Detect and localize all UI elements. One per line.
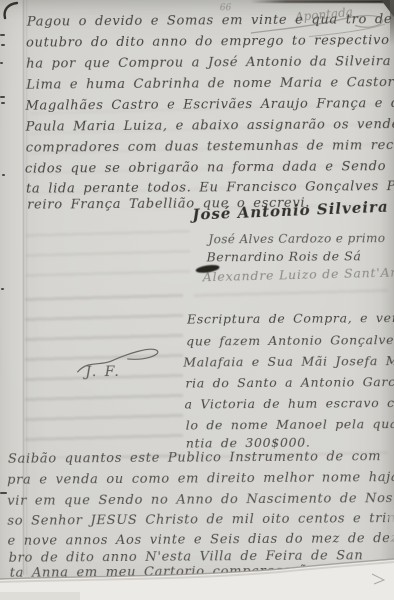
page-bottom-edge bbox=[0, 554, 394, 600]
heading-line: que fazem Antonio Gonçalves bbox=[186, 332, 394, 349]
text-line: Pagou o devido e Somas em vinte e qua tr… bbox=[27, 12, 393, 30]
heading-line: Escriptura de Compra, e venda bbox=[187, 310, 394, 327]
text-line: outubro do dito anno do emprego to respe… bbox=[26, 32, 394, 50]
text-line: ha por que Comprou a José Antonio da Sil… bbox=[26, 54, 391, 72]
heading-line: ntia de 300$000. bbox=[186, 435, 311, 451]
signature: Bernardino Rois de Sá bbox=[206, 248, 361, 264]
text-line: compradores com duas testemunhas de mim … bbox=[26, 138, 394, 156]
heading-line: lo de nome Manoel pela qua bbox=[186, 416, 394, 432]
heading-line: Malafaia e Sua Mãi Josefa Ma bbox=[183, 353, 394, 370]
signature: Alexandre Luizo de Sant'Anna bbox=[203, 264, 394, 284]
text-line: Paula Maria Luiza, e abaixo assignarão o… bbox=[26, 117, 394, 135]
heading-line: a Victoria de hum escravo criou bbox=[185, 395, 394, 412]
heading-line: ria do Santo a Antonio Garci bbox=[185, 374, 394, 391]
margin-paraph: J. F. bbox=[85, 364, 121, 380]
folio-number: 66 bbox=[220, 3, 232, 13]
text-line: Magalhães Castro e Escrivães Araujo Fran… bbox=[25, 96, 394, 114]
body-line: e nove annos Aos vinte e Seis dias do me… bbox=[7, 531, 394, 549]
text-line: Lima e huma Cabrinha de nome Maria e Cas… bbox=[26, 75, 394, 93]
text-line: ta lida perante todos. Eu Francisco Gonç… bbox=[26, 179, 394, 197]
handwriting-layer: 66 Apontada Pagou o devido e Somas em vi… bbox=[0, 0, 394, 600]
right-edge-crease bbox=[389, 498, 394, 564]
text-line: cidos que se obrigarão na forma dada e S… bbox=[25, 159, 394, 177]
signature: José Alves Cardozo e primo bbox=[208, 231, 385, 246]
manuscript-scan: 66 Apontada Pagou o devido e Somas em vi… bbox=[0, 0, 394, 600]
body-line: pra e venda ou como em direito melhor no… bbox=[7, 470, 394, 488]
body-line: so Senhor JESUS Christo de mil oito cent… bbox=[7, 511, 394, 529]
body-line: vir em que Sendo no Anno do Nascimento d… bbox=[7, 491, 393, 509]
body-line: Saibão quantos este Publico Instrumento … bbox=[8, 449, 381, 467]
